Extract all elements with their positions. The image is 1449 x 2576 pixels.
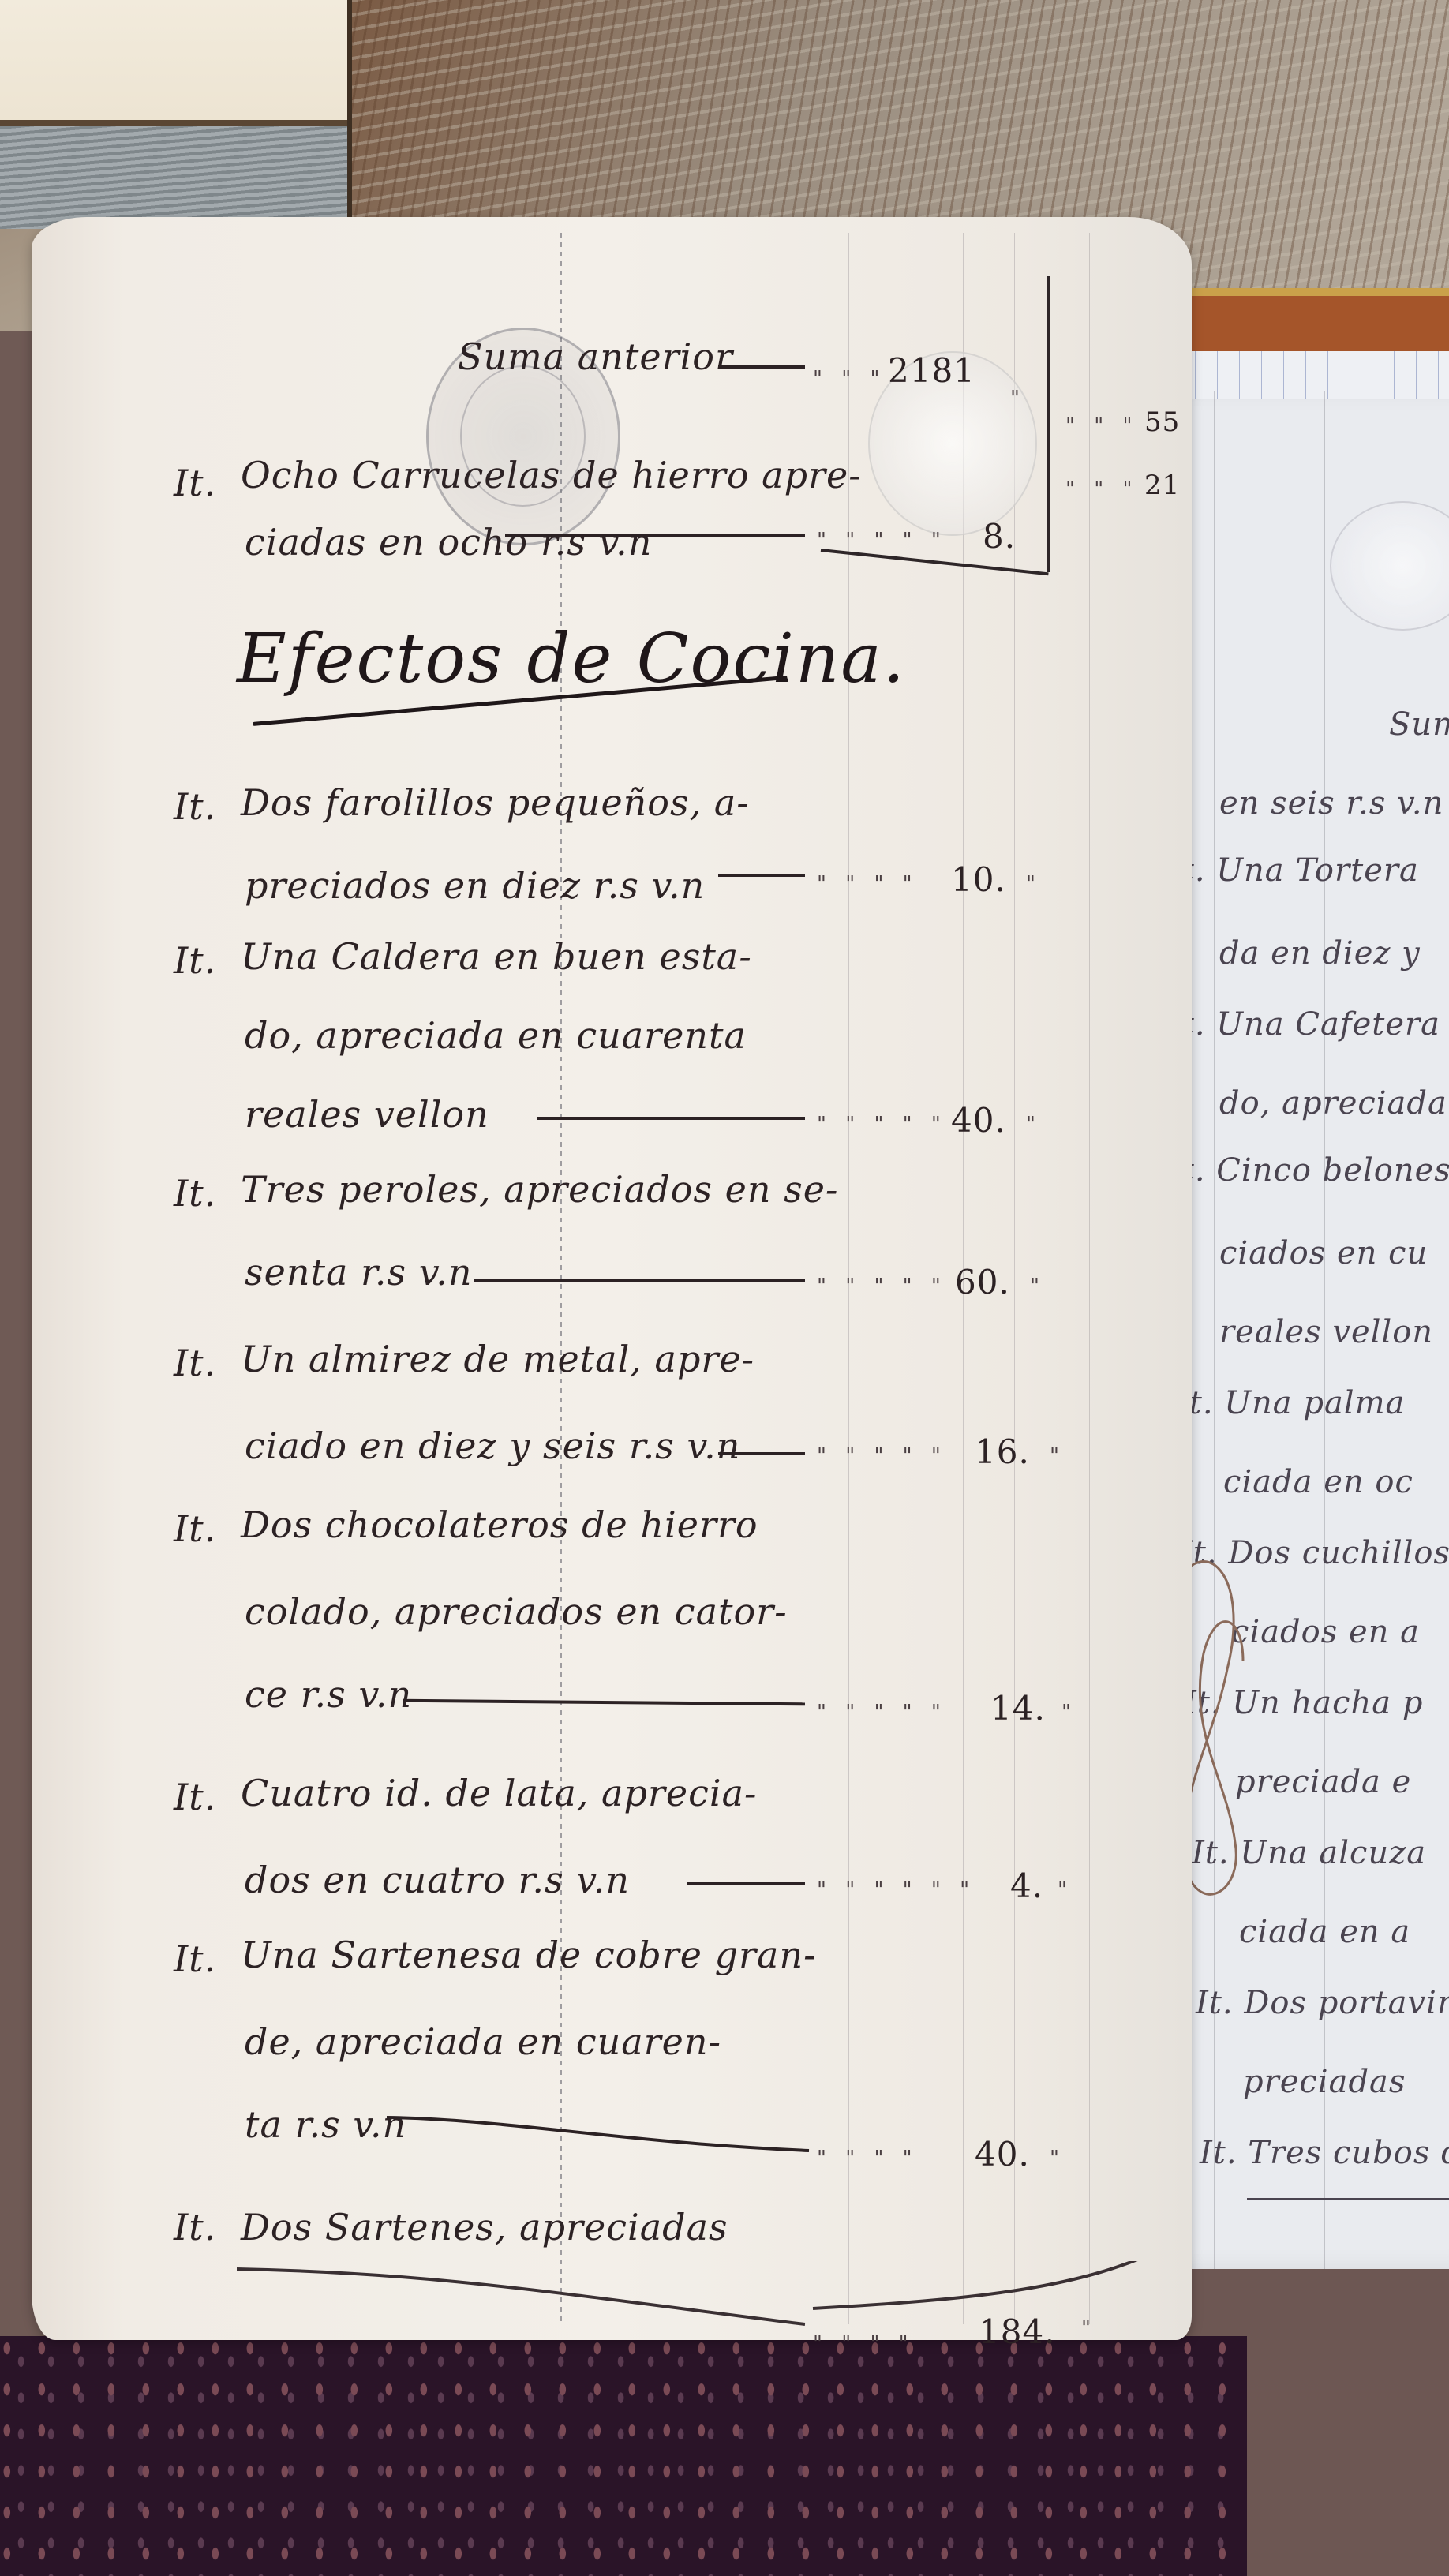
right-closing-rule	[1247, 2198, 1449, 2200]
amount-suffix: "	[1026, 872, 1042, 896]
item-marker: It.	[174, 785, 216, 828]
right-line-10: ciada en oc	[1223, 1464, 1413, 1500]
ditto-marks: " " " " " "	[817, 1878, 975, 1902]
item-amount: 16.	[975, 1432, 1030, 1471]
amount-suffix: "	[1050, 2147, 1065, 2170]
item-line: Cuatro id. de lata, aprecia-	[241, 1772, 758, 1814]
item-marker: It.	[174, 1938, 216, 1980]
item-line: Dos chocolateros de hierro	[241, 1503, 758, 1546]
item-line: dos en cuatro r.s v.n	[245, 1859, 630, 1901]
amount-suffix: "	[1061, 1701, 1077, 1724]
ditto-marks: " " "	[1065, 414, 1138, 438]
ditto-marks: " " " " "	[817, 1275, 947, 1298]
ditto-marks: " " "	[1065, 477, 1138, 501]
sum-box-vertical-rule	[1047, 276, 1050, 572]
amount-suffix: "	[1030, 1275, 1046, 1298]
item-line: Dos Sartenes, apreciadas	[241, 2206, 728, 2248]
right-line-8: reales vellon	[1219, 1314, 1433, 1350]
ditto-marks: " " " " "	[817, 1444, 947, 1468]
right-line-0: Suma	[1389, 706, 1449, 743]
item-line: ta r.s v.n	[245, 2103, 406, 2146]
left-ledger-page: Suma anterior " " " 2181 " It. Ocho Carr…	[32, 217, 1192, 2340]
right-line-2: It. Una Tortera	[1168, 852, 1419, 889]
right-line-6: It. Cinco belones	[1168, 1152, 1449, 1189]
page-total-amount: 184.	[979, 2312, 1056, 2351]
right-line-4: It. Una Cafetera	[1168, 1006, 1440, 1043]
book-page-edges	[0, 120, 347, 229]
background-open-book	[0, 0, 352, 229]
item-amount: 10.	[951, 860, 1006, 899]
right-line-16: ciada en a	[1239, 1914, 1410, 1950]
item-amount: 40.	[951, 1101, 1006, 1140]
item-line: ce r.s v.n	[245, 1673, 412, 1716]
item-line: preciados en diez r.s v.n	[245, 864, 705, 907]
amount-suffix: "	[1010, 387, 1026, 410]
item-line: Dos farolillos pequeños, a-	[241, 781, 750, 824]
ditto-marks: " " " "	[817, 872, 919, 896]
section-heading: Efectos de Cocina.	[237, 620, 906, 698]
item-amount: 14.	[990, 1689, 1046, 1728]
leader-line	[718, 874, 805, 877]
item-marker: It.	[174, 1507, 216, 1550]
right-line-12: ciados en a	[1231, 1614, 1420, 1650]
embossed-seal	[1330, 501, 1449, 631]
right-line-5: do, apreciada	[1219, 1085, 1447, 1121]
leader-line	[718, 365, 805, 369]
item-marker: It.	[174, 1172, 216, 1215]
right-line-1: en seis r.s v.n	[1219, 785, 1443, 822]
item-line: Ocho Carrucelas de hierro apre-	[241, 454, 862, 496]
ditto-marks: " " "	[813, 367, 885, 391]
column-rule	[1089, 233, 1090, 2324]
ditto-marks: " " " " "	[817, 1701, 947, 1724]
carried-forward-label: Suma anterior	[458, 335, 733, 378]
margin-amount: 55	[1144, 406, 1180, 438]
item-line: ciado en diez y seis r.s v.n	[245, 1425, 740, 1467]
leader-line	[718, 1452, 805, 1455]
right-line-3: da en diez y	[1219, 935, 1421, 972]
item-amount: 60.	[955, 1263, 1010, 1301]
item-line: Una Caldera en buen esta-	[241, 935, 752, 978]
leader-line	[402, 1699, 805, 1705]
item-marker: It.	[174, 1342, 216, 1384]
right-line-14: preciada e	[1235, 1764, 1411, 1800]
item-amount: 40.	[975, 2135, 1030, 2173]
right-line-7: ciados en cu	[1219, 1235, 1428, 1271]
item-line: senta r.s v.n	[245, 1251, 473, 1294]
right-line-18: preciadas	[1243, 2064, 1406, 2100]
ditto-marks: " " " "	[817, 2147, 919, 2170]
item-line: Tres peroles, apreciados en se-	[241, 1168, 838, 1211]
item-line: Una Sartenesa de cobre gran-	[241, 1934, 817, 1976]
amount-suffix: "	[1026, 1113, 1042, 1136]
ditto-marks: " " " " "	[817, 1113, 947, 1136]
right-line-19: It. Tres cubos d	[1200, 2135, 1449, 2171]
item-marker: It.	[174, 939, 216, 982]
leader-line	[474, 1279, 805, 1282]
right-line-17: It. Dos portavin	[1196, 1985, 1449, 2021]
item-line: ciadas en ocho r.s v.n	[245, 521, 652, 563]
ditto-marks: " " " " "	[817, 529, 947, 552]
item-line: de, apreciada en cuaren-	[245, 2020, 721, 2063]
item-line: reales vellon	[245, 1093, 489, 1136]
margin-amount: 21	[1144, 470, 1180, 501]
ditto-marks: " " " "	[813, 2332, 915, 2356]
item-marker: It.	[174, 1776, 216, 1818]
background-patterned-cloth	[0, 2336, 1247, 2576]
carried-forward-amount: 2181	[888, 351, 975, 390]
item-marker: It.	[174, 462, 216, 504]
leader-line	[387, 2111, 813, 2159]
amount-suffix: "	[1081, 2316, 1097, 2340]
leader-line	[687, 1882, 805, 1885]
amount-suffix: "	[1058, 1878, 1073, 1902]
item-line: do, apreciada en cuarenta	[245, 1014, 747, 1057]
right-line-9: It. Una palma	[1176, 1385, 1405, 1421]
item-amount: 8.	[983, 517, 1016, 556]
item-line: colado, apreciados en cator-	[245, 1590, 788, 1633]
item-amount: 4.	[1010, 1866, 1043, 1905]
item-marker: It.	[174, 2206, 216, 2248]
leader-line	[537, 1117, 805, 1120]
leader-line	[505, 534, 805, 537]
amount-suffix: "	[1050, 1444, 1065, 1468]
item-line: Un almirez de metal, apre-	[241, 1338, 754, 1380]
